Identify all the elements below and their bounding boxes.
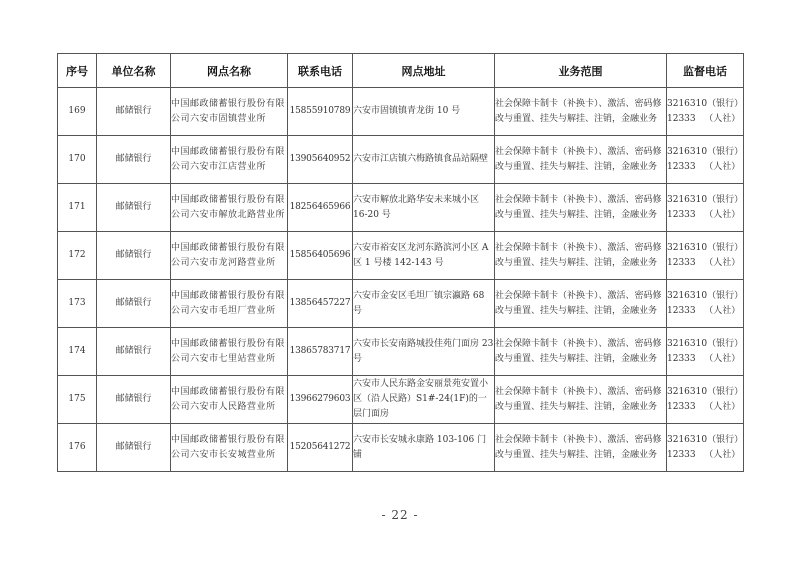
cell-index: 174 xyxy=(58,328,97,376)
cell-branch: 中国邮政储蓄银行股份有限公司六安市毛坦厂营业所 xyxy=(171,280,288,328)
document-page: 序号 单位名称 网点名称 联系电话 网点地址 业务范围 监督电话 169 邮储银… xyxy=(0,0,800,565)
cell-phone: 15855910789 xyxy=(288,88,353,136)
cell-supervision: 3216310（银行） 12333 （人社） xyxy=(667,136,744,184)
cell-branch: 中国邮政储蓄银行股份有限公司六安市人民路营业所 xyxy=(171,376,288,424)
table-row: 170 邮储银行 中国邮政储蓄银行股份有限公司六安市江店营业所 13905640… xyxy=(58,136,744,184)
supervision-hr: 12333 （人社） xyxy=(667,352,743,367)
cell-address: 六安市裕安区龙河东路滨河小区 A 区 1 号楼 142-143 号 xyxy=(353,232,495,280)
cell-unit: 邮储银行 xyxy=(97,184,171,232)
cell-unit: 邮储银行 xyxy=(97,88,171,136)
cell-branch: 中国邮政储蓄银行股份有限公司六安市七里站营业所 xyxy=(171,328,288,376)
cell-scope: 社会保障卡制卡（补换卡）、激活、密码修改与重置、挂失与解挂、注销，金融业务 xyxy=(495,376,667,424)
cell-scope: 社会保障卡制卡（补换卡）、激活、密码修改与重置、挂失与解挂、注销，金融业务 xyxy=(495,328,667,376)
cell-index: 171 xyxy=(58,184,97,232)
cell-address: 六安市长安南路城投佳苑门面房 23 号 xyxy=(353,328,495,376)
cell-branch: 中国邮政储蓄银行股份有限公司六安市江店营业所 xyxy=(171,136,288,184)
table-row: 174 邮储银行 中国邮政储蓄银行股份有限公司六安市七里站营业所 1386578… xyxy=(58,328,744,376)
header-branch: 网点名称 xyxy=(171,54,288,88)
cell-supervision: 3216310（银行） 12333 （人社） xyxy=(667,328,744,376)
supervision-bank: 3216310（银行） xyxy=(667,337,743,352)
cell-address: 六安市江店镇六梅路镇食品站隔壁 xyxy=(353,136,495,184)
cell-unit: 邮储银行 xyxy=(97,376,171,424)
header-supervision: 监督电话 xyxy=(667,54,744,88)
cell-branch: 中国邮政储蓄银行股份有限公司六安市固镇营业所 xyxy=(171,88,288,136)
cell-index: 169 xyxy=(58,88,97,136)
cell-index: 175 xyxy=(58,376,97,424)
cell-index: 176 xyxy=(58,424,97,472)
cell-phone: 15205641272 xyxy=(288,424,353,472)
table-row: 173 邮储银行 中国邮政储蓄银行股份有限公司六安市毛坦厂营业所 1385645… xyxy=(58,280,744,328)
service-outlets-table: 序号 单位名称 网点名称 联系电话 网点地址 业务范围 监督电话 169 邮储银… xyxy=(57,53,744,472)
cell-address: 六安市长安城永康路 103-106 门铺 xyxy=(353,424,495,472)
page-number: - 22 - xyxy=(0,508,800,522)
table-row: 172 邮储银行 中国邮政储蓄银行股份有限公司六安市龙河路营业所 1585640… xyxy=(58,232,744,280)
cell-supervision: 3216310（银行） 12333 （人社） xyxy=(667,88,744,136)
supervision-hr: 12333 （人社） xyxy=(667,304,743,319)
cell-branch: 中国邮政储蓄银行股份有限公司六安市龙河路营业所 xyxy=(171,232,288,280)
table-header-row: 序号 单位名称 网点名称 联系电话 网点地址 业务范围 监督电话 xyxy=(58,54,744,88)
cell-scope: 社会保障卡制卡（补换卡）、激活、密码修改与重置、挂失与解挂、注销，金融业务 xyxy=(495,88,667,136)
supervision-bank: 3216310（银行） xyxy=(667,385,743,400)
supervision-bank: 3216310（银行） xyxy=(667,97,743,112)
cell-index: 173 xyxy=(58,280,97,328)
cell-unit: 邮储银行 xyxy=(97,232,171,280)
header-address: 网点地址 xyxy=(353,54,495,88)
cell-phone: 13966279603 xyxy=(288,376,353,424)
cell-supervision: 3216310（银行） 12333 （人社） xyxy=(667,280,744,328)
cell-address: 六安市固镇镇青龙街 10 号 xyxy=(353,88,495,136)
supervision-bank: 3216310（银行） xyxy=(667,433,743,448)
supervision-hr: 12333 （人社） xyxy=(667,160,743,175)
cell-index: 170 xyxy=(58,136,97,184)
cell-phone: 13905640952 xyxy=(288,136,353,184)
cell-phone: 13856457227 xyxy=(288,280,353,328)
supervision-bank: 3216310（银行） xyxy=(667,145,743,160)
cell-supervision: 3216310（银行） 12333 （人社） xyxy=(667,376,744,424)
cell-scope: 社会保障卡制卡（补换卡）、激活、密码修改与重置、挂失与解挂、注销，金融业务 xyxy=(495,232,667,280)
supervision-bank: 3216310（银行） xyxy=(667,193,743,208)
cell-scope: 社会保障卡制卡（补换卡）、激活、密码修改与重置、挂失与解挂、注销，金融业务 xyxy=(495,136,667,184)
cell-unit: 邮储银行 xyxy=(97,280,171,328)
cell-phone: 15856405696 xyxy=(288,232,353,280)
cell-branch: 中国邮政储蓄银行股份有限公司六安市解放北路营业所 xyxy=(171,184,288,232)
cell-unit: 邮储银行 xyxy=(97,136,171,184)
cell-address: 六安市解放北路华安未来城小区 16-20 号 xyxy=(353,184,495,232)
cell-supervision: 3216310（银行） 12333 （人社） xyxy=(667,232,744,280)
supervision-hr: 12333 （人社） xyxy=(667,112,743,127)
supervision-hr: 12333 （人社） xyxy=(667,256,743,271)
cell-scope: 社会保障卡制卡（补换卡）、激活、密码修改与重置、挂失与解挂、注销，金融业务 xyxy=(495,424,667,472)
table-row: 175 邮储银行 中国邮政储蓄银行股份有限公司六安市人民路营业所 1396627… xyxy=(58,376,744,424)
table-row: 176 邮储银行 中国邮政储蓄银行股份有限公司六安市长安城营业所 1520564… xyxy=(58,424,744,472)
supervision-hr: 12333 （人社） xyxy=(667,448,743,463)
supervision-bank: 3216310（银行） xyxy=(667,241,743,256)
cell-phone: 13865783717 xyxy=(288,328,353,376)
header-index: 序号 xyxy=(58,54,97,88)
header-scope: 业务范围 xyxy=(495,54,667,88)
cell-supervision: 3216310（银行） 12333 （人社） xyxy=(667,184,744,232)
table-row: 171 邮储银行 中国邮政储蓄银行股份有限公司六安市解放北路营业所 182564… xyxy=(58,184,744,232)
supervision-bank: 3216310（银行） xyxy=(667,289,743,304)
cell-unit: 邮储银行 xyxy=(97,328,171,376)
cell-supervision: 3216310（银行） 12333 （人社） xyxy=(667,424,744,472)
cell-scope: 社会保障卡制卡（补换卡）、激活、密码修改与重置、挂失与解挂、注销，金融业务 xyxy=(495,184,667,232)
header-phone: 联系电话 xyxy=(288,54,353,88)
cell-phone: 18256465966 xyxy=(288,184,353,232)
supervision-hr: 12333 （人社） xyxy=(667,400,743,415)
supervision-hr: 12333 （人社） xyxy=(667,208,743,223)
cell-scope: 社会保障卡制卡（补换卡）、激活、密码修改与重置、挂失与解挂、注销，金融业务 xyxy=(495,280,667,328)
table-row: 169 邮储银行 中国邮政储蓄银行股份有限公司六安市固镇营业所 15855910… xyxy=(58,88,744,136)
cell-index: 172 xyxy=(58,232,97,280)
cell-address: 六安市金安区毛坦厂镇宗瀛路 68 号 xyxy=(353,280,495,328)
cell-branch: 中国邮政储蓄银行股份有限公司六安市长安城营业所 xyxy=(171,424,288,472)
header-unit: 单位名称 xyxy=(97,54,171,88)
cell-unit: 邮储银行 xyxy=(97,424,171,472)
cell-address: 六安市人民东路金安丽景苑安置小区（沿人民路）S1#-24(1F)的一层门面房 xyxy=(353,376,495,424)
